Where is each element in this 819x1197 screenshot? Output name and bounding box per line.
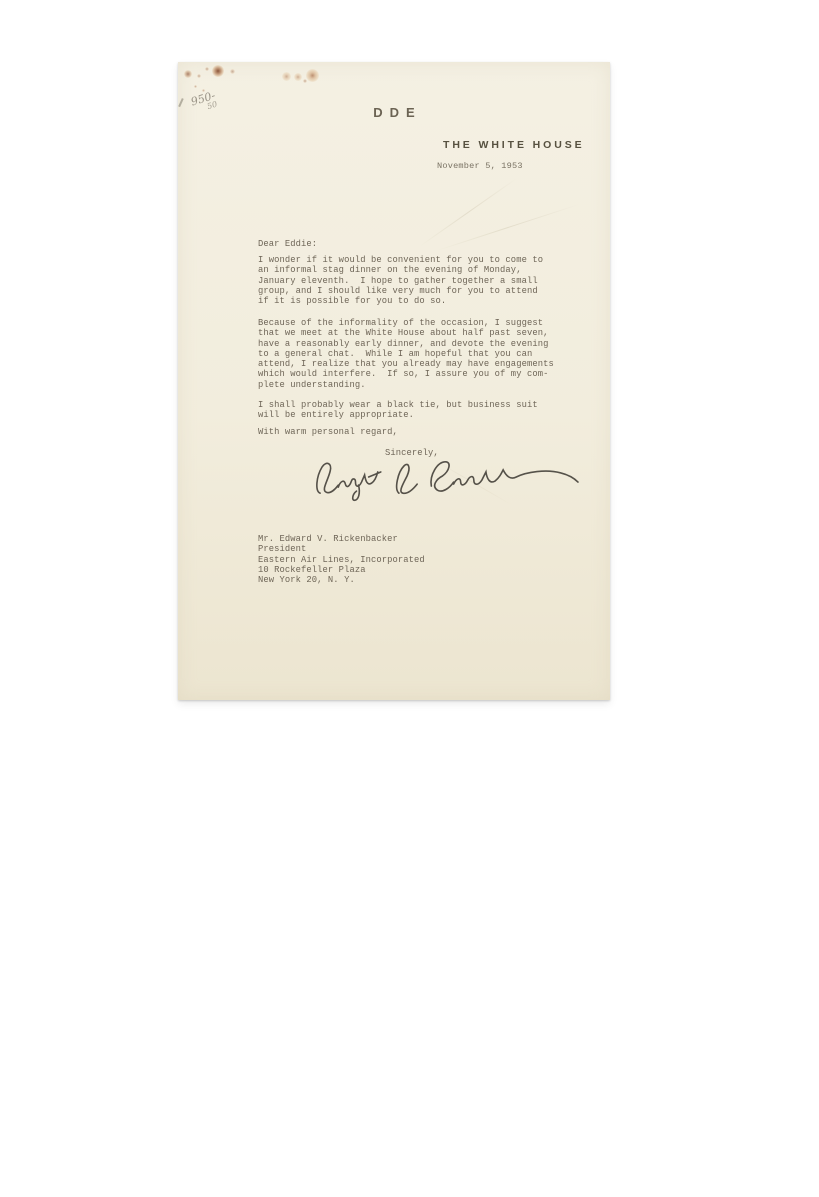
foxing-stain xyxy=(194,85,197,88)
letterhead-monogram: DDE xyxy=(178,105,610,120)
foxing-stain xyxy=(184,70,192,78)
closing-regard-line: With warm personal regard, xyxy=(258,427,398,437)
signature-dwight-eisenhower xyxy=(312,452,580,502)
foxing-stain xyxy=(212,65,224,77)
foxing-stain xyxy=(205,67,209,71)
photo-background: 950- 50 DDE THE WHITE HOUSE November 5, … xyxy=(0,0,819,1197)
paper-crease xyxy=(437,204,580,251)
paragraph-3: I shall probably wear a black tie, but b… xyxy=(258,400,538,421)
recipient-address-block: Mr. Edward V. Rickenbacker President Eas… xyxy=(258,534,425,585)
foxing-stain xyxy=(197,74,201,78)
date-line: November 5, 1953 xyxy=(437,161,523,171)
foxing-stain xyxy=(294,73,302,81)
letter-document: 950- 50 DDE THE WHITE HOUSE November 5, … xyxy=(178,62,610,700)
foxing-stain xyxy=(282,72,291,81)
foxing-stain xyxy=(303,79,307,83)
letterhead-name: THE WHITE HOUSE xyxy=(443,139,585,151)
foxing-stain xyxy=(306,69,319,82)
paragraph-2: Because of the informality of the occasi… xyxy=(258,318,554,390)
salutation: Dear Eddie: xyxy=(258,239,317,249)
foxing-stain xyxy=(230,69,235,74)
paragraph-1: I wonder if it would be convenient for y… xyxy=(258,255,543,306)
paper-crease xyxy=(419,178,518,248)
